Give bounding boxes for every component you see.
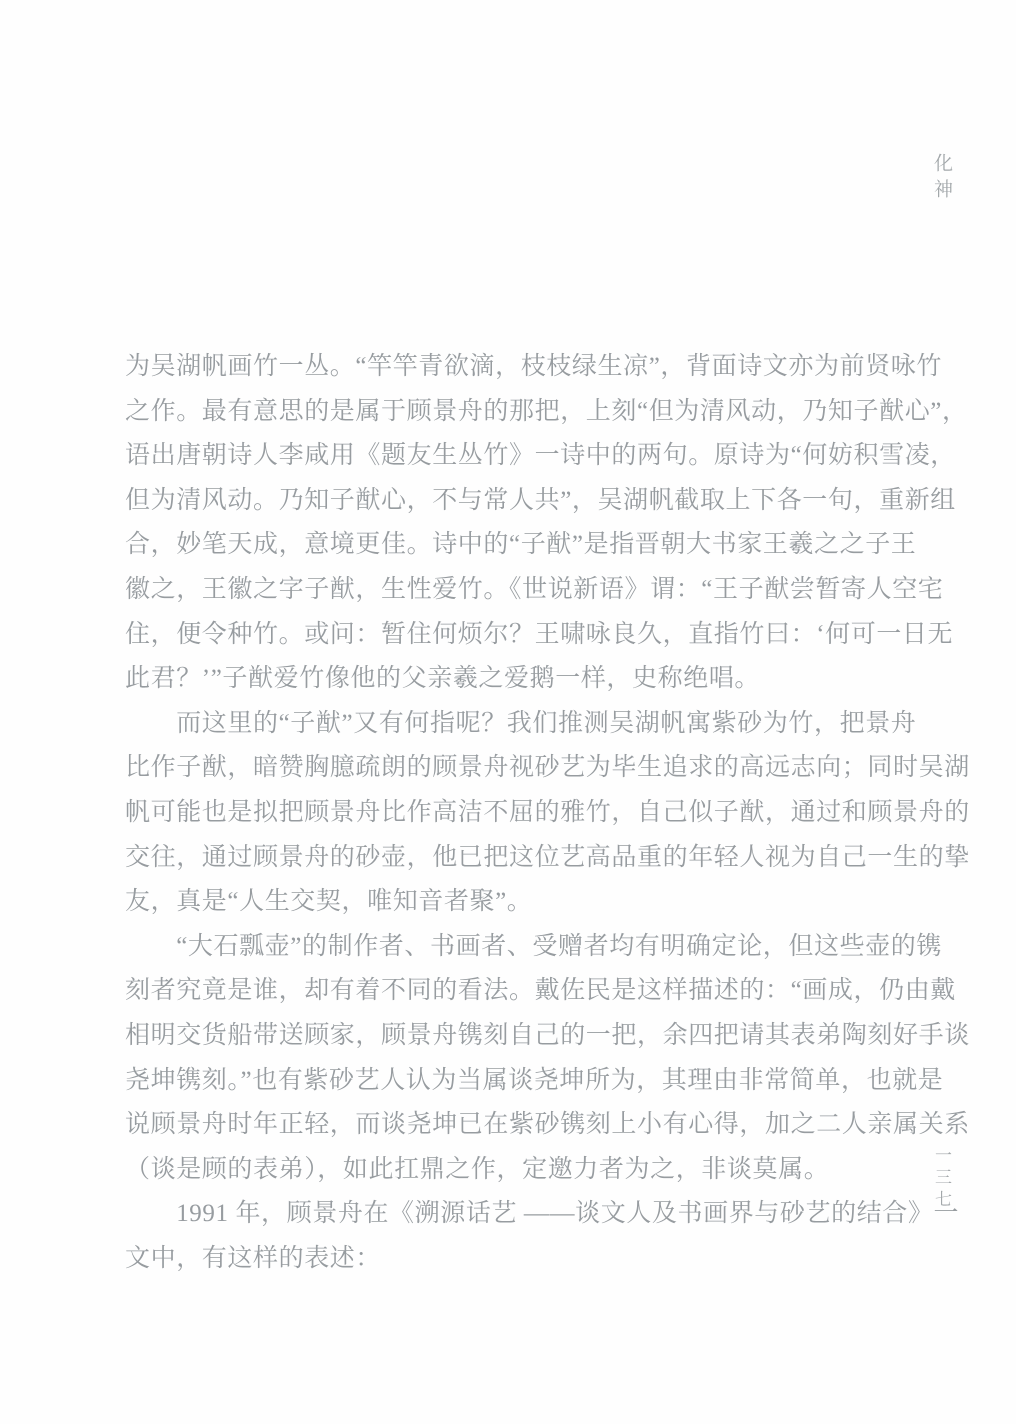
text-line: 住，便令种竹。或问：暂住何烦尔？王啸咏良久，直指竹曰：‘何可一日无 [125, 613, 895, 658]
text-line: 相明交货船带送顾家，顾景舟镌刻自己的一把，余四把请其表弟陶刻好手谈 [125, 1014, 895, 1059]
text-line: 交往，通过顾景舟的砂壶，他已把这位艺高品重的年轻人视为自己一生的挚 [125, 836, 895, 881]
body-text: 为吴湖帆画竹一丛。“竿竿青欲滴，枝枝绿生凉”，背面诗文亦为前贤咏竹之作。最有意思… [125, 345, 895, 1281]
page-number: 一三七 [929, 1146, 954, 1212]
text-line: 而这里的“子猷”又有何指呢？我们推测吴湖帆寓紫砂为竹，把景舟 [125, 702, 895, 747]
text-line: 徽之，王徽之字子猷，生性爱竹。《世说新语》谓：“王子猷尝暂寄人空宅 [125, 568, 895, 613]
text-line: 1991 年，顾景舟在《溯源话艺 ——谈文人及书画界与砂艺的结合》一 [125, 1192, 895, 1237]
text-line: 帆可能也是拟把顾景舟比作高洁不屈的雅竹，自己似子猷，通过和顾景舟的 [125, 791, 895, 836]
text-line: 合，妙笔天成，意境更佳。诗中的“子猷”是指晋朝大书家王羲之之子王 [125, 523, 895, 568]
text-line: （谈是顾的表弟），如此扛鼎之作，定邀力者为之，非谈莫属。 [125, 1148, 895, 1193]
chapter-header-vertical: 化神 [928, 153, 955, 205]
text-line: 比作子猷，暗赞胸臆疏朗的顾景舟视砂艺为毕生追求的高远志向；同时吴湖 [125, 746, 895, 791]
book-page: 化神 为吴湖帆画竹一丛。“竿竿青欲滴，枝枝绿生凉”，背面诗文亦为前贤咏竹之作。最… [0, 0, 1016, 1424]
text-line: 尧坤镌刻。”也有紫砂艺人认为当属谈尧坤所为，其理由非常简单，也就是 [125, 1059, 895, 1104]
text-line: 友，真是“人生交契，唯知音者聚”。 [125, 880, 895, 925]
text-line: 但为清风动。乃知子猷心，不与常人共”，吴湖帆截取上下各一句，重新组 [125, 479, 895, 524]
text-line: 刻者究竟是谁，却有着不同的看法。戴佐民是这样描述的：“画成，仍由戴 [125, 969, 895, 1014]
text-line: “大石瓢壶”的制作者、书画者、受赠者均有明确定论，但这些壶的镌 [125, 925, 895, 970]
text-line: 为吴湖帆画竹一丛。“竿竿青欲滴，枝枝绿生凉”，背面诗文亦为前贤咏竹 [125, 345, 895, 390]
text-line: 之作。最有意思的是属于顾景舟的那把，上刻“但为清风动，乃知子猷心”， [125, 390, 895, 435]
text-line: 文中，有这样的表述： [125, 1237, 895, 1282]
text-line: 说顾景舟时年正轻，而谈尧坤已在紫砂镌刻上小有心得，加之二人亲属关系 [125, 1103, 895, 1148]
text-line: 语出唐朝诗人李咸用《题友生丛竹》一诗中的两句。原诗为“何妨积雪凌， [125, 434, 895, 479]
text-line: 此君？’”子猷爱竹像他的父亲羲之爱鹅一样，史称绝唱。 [125, 657, 895, 702]
